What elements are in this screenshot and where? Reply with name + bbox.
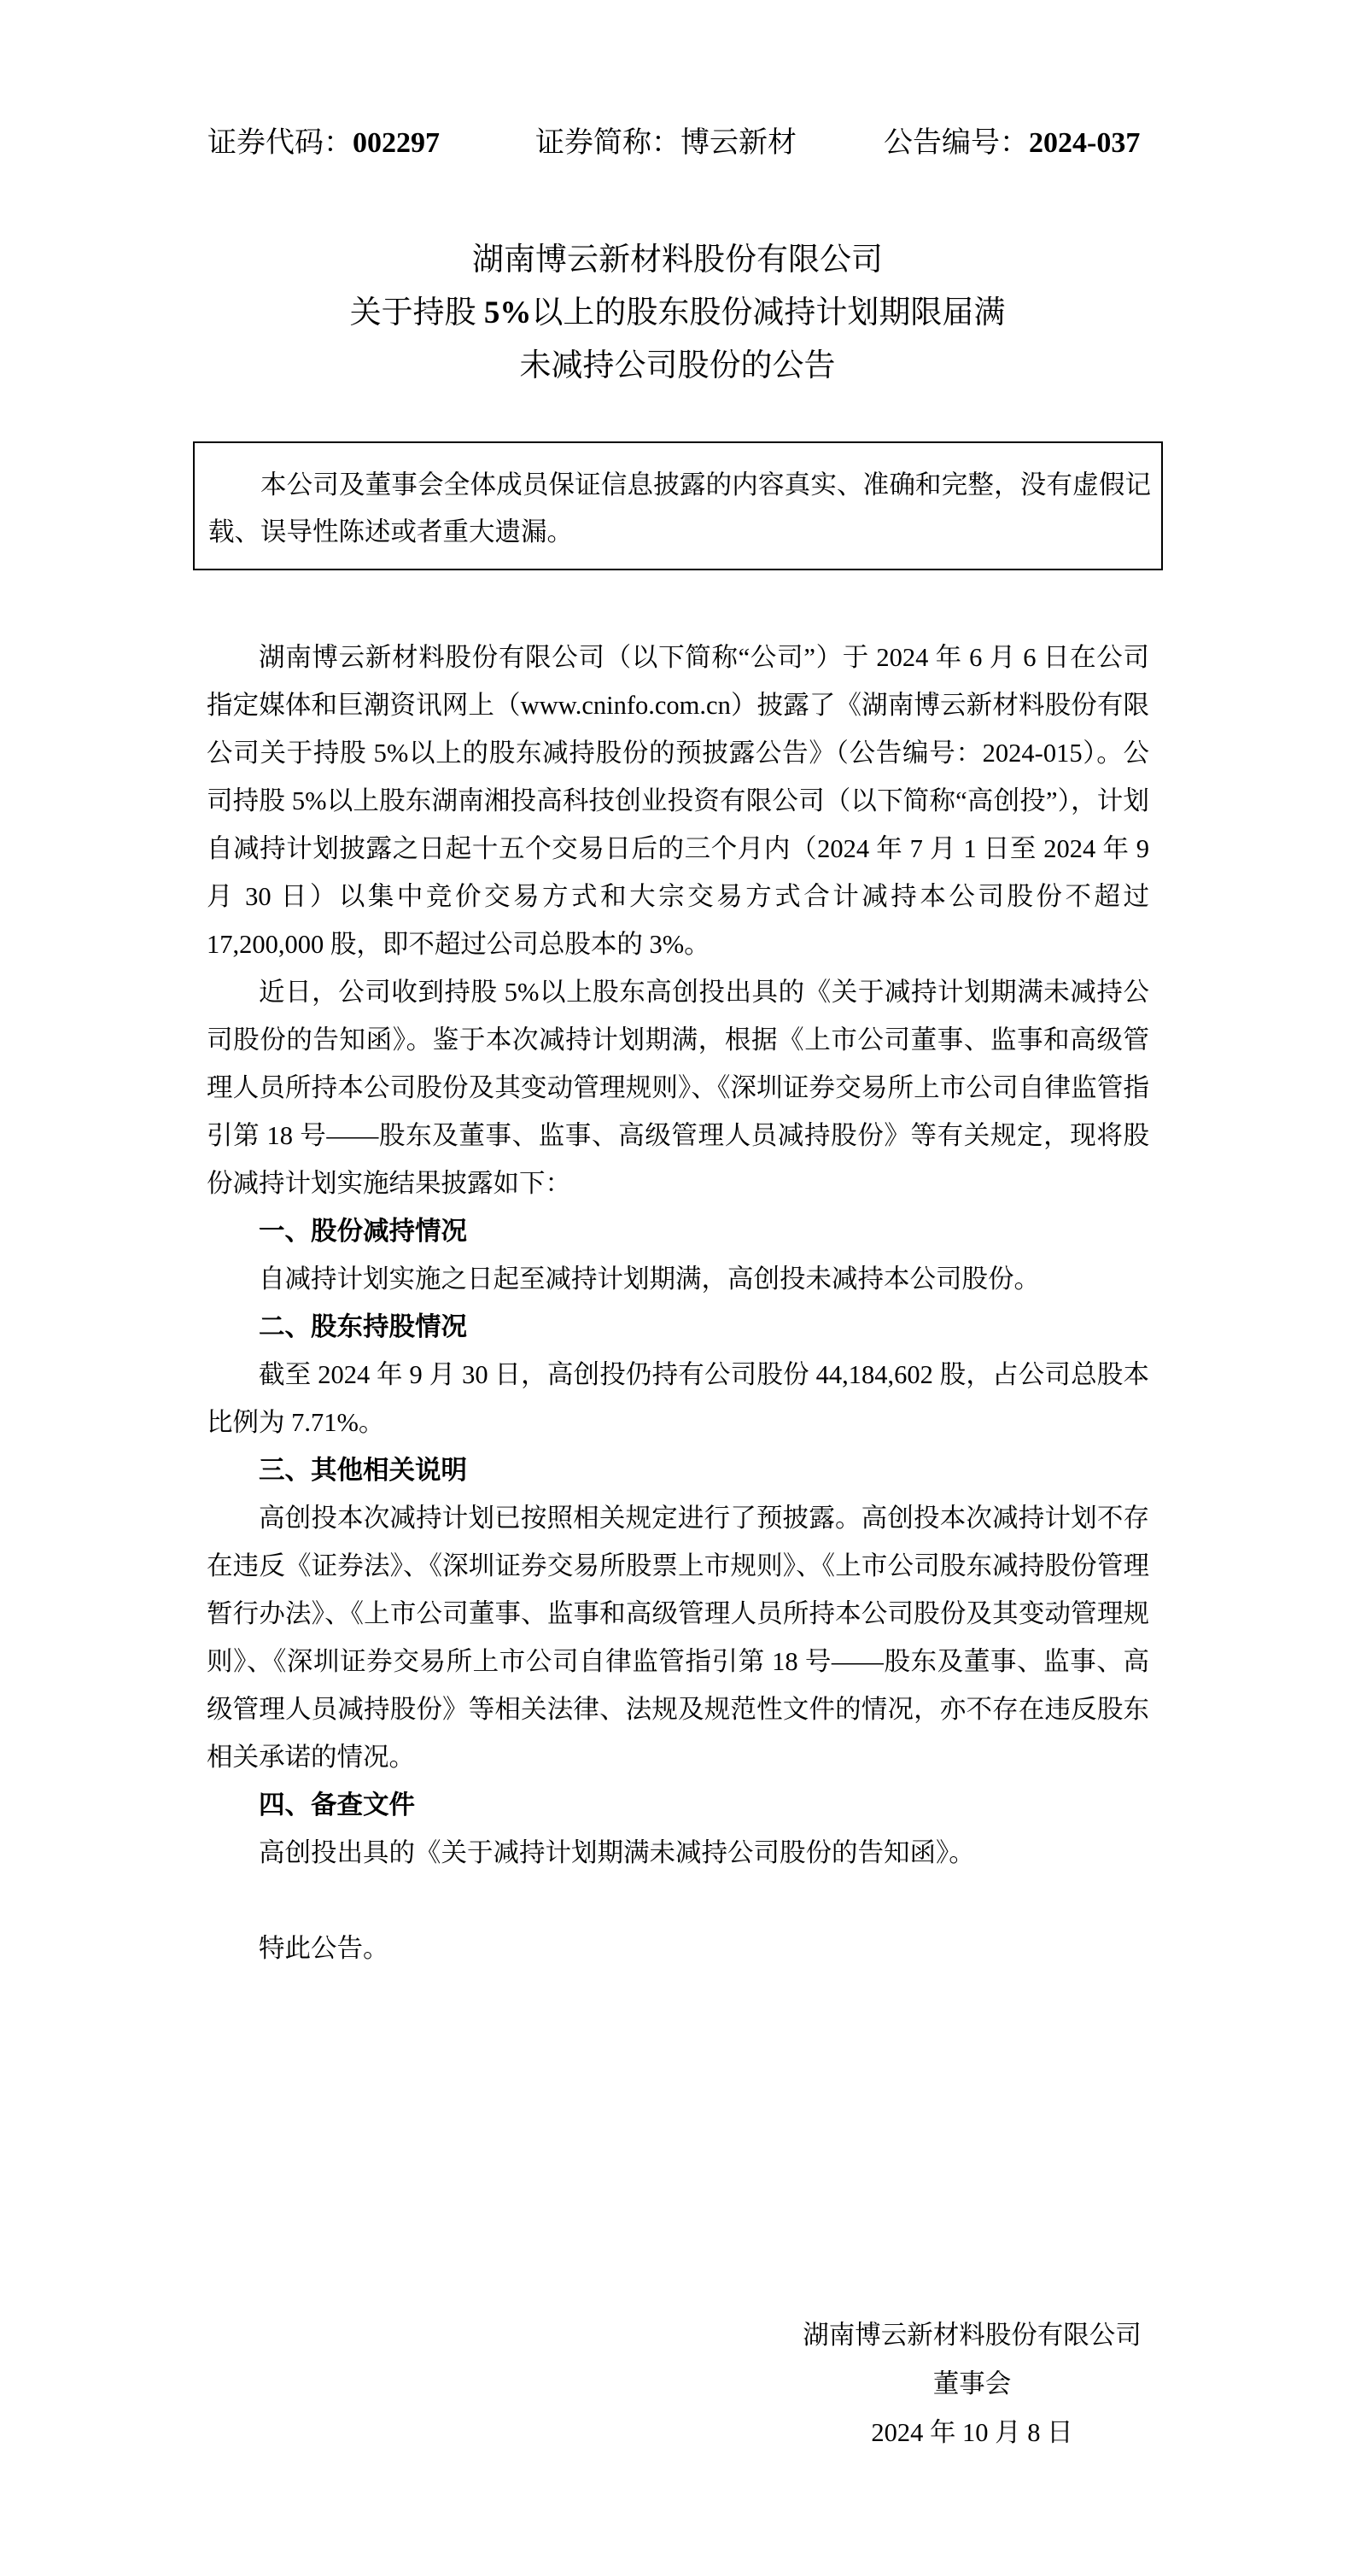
- document-header: 证券代码：002297 证券简称：博云新材 公告编号：2024-037: [207, 122, 1155, 165]
- document-title: 湖南博云新材料股份有限公司 关于持股 5%以上的股东股份减持计划期限届满 未减持…: [0, 234, 1355, 393]
- section-content-3: 高创投本次减持计划已按照相关规定进行了预披露。高创投本次减持计划不存在违反《证券…: [207, 1494, 1149, 1781]
- section-heading-4: 四、备查文件: [207, 1781, 1149, 1829]
- signature-block: 湖南博云新材料股份有限公司 董事会 2024 年 10 月 8 日: [796, 2311, 1148, 2457]
- announcement-page: 证券代码：002297 证券简称：博云新材 公告编号：2024-037 湖南博云…: [0, 0, 1355, 2576]
- second-paragraph: 近日，公司收到持股 5%以上股东高创投出具的《关于减持计划期满未减持公司股份的告…: [207, 968, 1149, 1207]
- section-content-1: 自减持计划实施之日起至减持计划期满，高创投未减持本公司股份。: [207, 1255, 1149, 1303]
- stock-abbreviation: 证券简称：博云新材: [535, 122, 797, 165]
- title-line-2-bold: 5%: [484, 295, 532, 330]
- title-line-3: 未减持公司股份的公告: [0, 340, 1355, 393]
- stock-abbr-label: 证券简称：: [535, 127, 680, 159]
- stock-code-value: 002297: [353, 127, 440, 159]
- stock-code-label: 证券代码：: [207, 127, 353, 159]
- section-heading-2: 二、股东持股情况: [207, 1303, 1149, 1351]
- spacer: [207, 1877, 1149, 1925]
- section-heading-1: 一、股份减持情况: [207, 1207, 1149, 1255]
- disclosure-notice-text: 本公司及董事会全体成员保证信息披露的内容真实、准确和完整，没有虚假记载、误导性陈…: [208, 462, 1151, 556]
- signature-board: 董事会: [796, 2360, 1148, 2409]
- disclosure-notice-box: 本公司及董事会全体成员保证信息披露的内容真实、准确和完整，没有虚假记载、误导性陈…: [193, 441, 1163, 570]
- announcement-number: 公告编号：2024-037: [884, 122, 1140, 165]
- title-line-2-post: 以上的股东股份减持计划期限届满: [531, 295, 1005, 330]
- signature-company: 湖南博云新材料股份有限公司: [796, 2311, 1148, 2360]
- closing-statement: 特此公告。: [207, 1925, 1149, 1972]
- section-content-4: 高创投出具的《关于减持计划期满未减持公司股份的告知函》。: [207, 1829, 1149, 1877]
- announcement-number-label: 公告编号：: [884, 127, 1029, 159]
- announcement-number-value: 2024-037: [1029, 127, 1140, 159]
- section-heading-3: 三、其他相关说明: [207, 1446, 1149, 1494]
- title-line-2-pre: 关于持股: [350, 295, 484, 330]
- announcement-body: 湖南博云新材料股份有限公司（以下简称“公司”）于 2024 年 6 月 6 日在…: [207, 634, 1149, 1972]
- stock-abbr-value: 博云新材: [680, 127, 797, 159]
- stock-code: 证券代码：002297: [207, 122, 440, 165]
- title-line-1: 湖南博云新材料股份有限公司: [0, 234, 1355, 287]
- intro-paragraph: 湖南博云新材料股份有限公司（以下简称“公司”）于 2024 年 6 月 6 日在…: [207, 634, 1149, 968]
- signature-date: 2024 年 10 月 8 日: [796, 2409, 1148, 2457]
- title-line-2: 关于持股 5%以上的股东股份减持计划期限届满: [0, 287, 1355, 340]
- section-content-2: 截至 2024 年 9 月 30 日，高创投仍持有公司股份 44,184,602…: [207, 1351, 1149, 1446]
